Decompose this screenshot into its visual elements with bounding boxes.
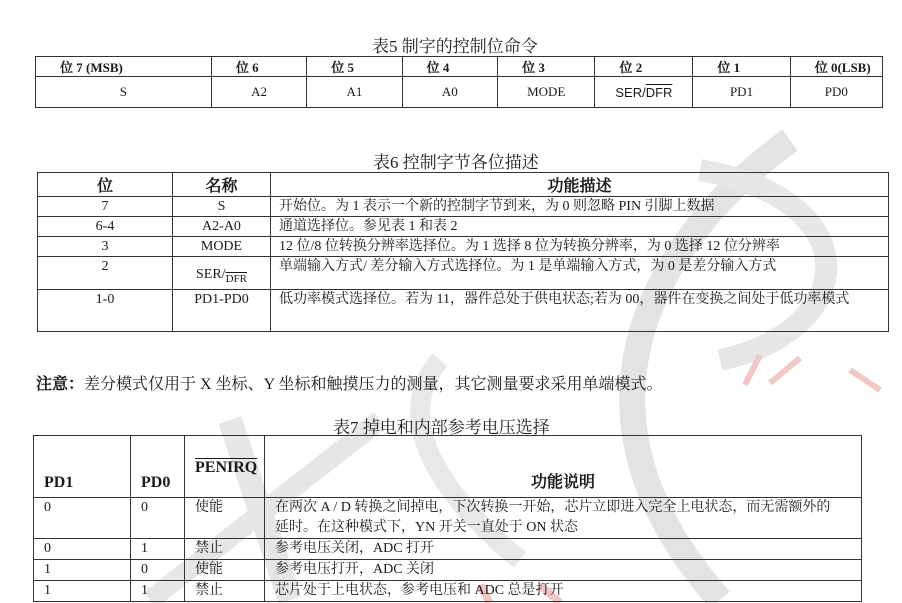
t5-value-bit5: A1 xyxy=(307,77,402,108)
t7-pd0: 0 xyxy=(131,498,185,539)
t5-value-bit6: A2 xyxy=(211,77,306,108)
table-row: 0 1 禁止 参考电压关闭，ADC 打开 xyxy=(34,539,862,560)
t6-header-bit: 位 xyxy=(38,173,173,197)
ser-label: SER/ xyxy=(615,85,645,100)
table-row: 7 S 开始位。为 1 表示一个新的控制字节到来，为 0 则忽略 PIN 引脚上… xyxy=(38,197,889,217)
t6-name: PD1-PD0 xyxy=(173,290,271,332)
t7-pd1: 1 xyxy=(34,560,131,581)
t5-value-bit7: S xyxy=(36,77,212,108)
t7-header-penirq: PENIRQ xyxy=(185,436,265,498)
t7-penirq: 使能 xyxy=(185,560,265,581)
note-text: 差分模式仅用于 X 坐标、Y 坐标和触摸压力的测量，其它测量要求采用单端模式。 xyxy=(84,376,663,393)
table-row: 6-4 A2-A0 通道选择位。参见表 1 和表 2 xyxy=(38,217,889,237)
t7-penirq: 使能 xyxy=(185,498,265,539)
t5-header-bit3: 位 3 xyxy=(498,57,595,77)
t6-bit: 1-0 xyxy=(38,290,173,332)
t7-pd1: 0 xyxy=(34,498,131,539)
t6-desc: 开始位。为 1 表示一个新的控制字节到来，为 0 则忽略 PIN 引脚上数据 xyxy=(271,197,889,217)
t6-name: SER/DFR xyxy=(173,257,271,290)
table6-caption: 表6 控制字节各位描述 xyxy=(373,148,539,173)
control-byte-description-table: 位 名称 功能描述 7 S 开始位。为 1 表示一个新的控制字节到来，为 0 则… xyxy=(37,172,889,332)
t7-header-function: 功能说明 xyxy=(265,436,862,498)
t5-header-bit7: 位 7 (MSB) xyxy=(36,57,212,77)
table-row: 1-0 PD1-PD0 低功率模式选择位。若为 11，器件总处于供电状态;若为 … xyxy=(38,290,889,332)
t6-header-name: 名称 xyxy=(173,173,271,197)
t6-name: MODE xyxy=(173,237,271,257)
t7-desc: 参考电压打开，ADC 关闭 xyxy=(265,560,862,581)
t7-header-pd1: PD1 xyxy=(34,436,131,498)
t5-header-bit1: 位 1 xyxy=(693,57,790,77)
t7-pd0: 0 xyxy=(131,560,185,581)
table-row: 0 0 使能 在两次 A / D 转换之间掉电，下次转换一开始，芯片立即进入完全… xyxy=(34,498,862,539)
t5-value-bit2: SER/DFR xyxy=(595,77,693,108)
t7-desc: 芯片处于上电状态，参考电压和 ADC 总是打开 xyxy=(265,581,862,602)
t7-pd0: 1 xyxy=(131,539,185,560)
table-row: 3 MODE 12 位/8 位转换分辨率选择位。为 1 选择 8 位为转换分辨率… xyxy=(38,237,889,257)
t5-header-bit4: 位 4 xyxy=(402,57,497,77)
dfr-overline-label: DFR xyxy=(646,85,673,100)
t5-header-bit5: 位 5 xyxy=(307,57,402,77)
t6-bit: 2 xyxy=(38,257,173,290)
table-row: 2 SER/DFR 单端输入方式/ 差分输入方式选择位。为 1 是单端输入方式，… xyxy=(38,257,889,290)
t7-pd1: 1 xyxy=(34,581,131,602)
table-row: 1 0 使能 参考电压打开，ADC 关闭 xyxy=(34,560,862,581)
power-down-reference-table: PD1 PD0 PENIRQ 功能说明 0 0 使能 在两次 A / D 转换之… xyxy=(33,435,862,602)
t6-desc: 单端输入方式/ 差分输入方式选择位。为 1 是单端输入方式，为 0 是差分输入方… xyxy=(271,257,889,290)
control-bit-command-table: 位 7 (MSB) 位 6 位 5 位 4 位 3 位 2 位 1 位 0(LS… xyxy=(35,56,883,108)
t6-bit: 3 xyxy=(38,237,173,257)
t6-name: S xyxy=(173,197,271,217)
penirq-overline-label: PENIRQ xyxy=(195,459,257,476)
t6-desc: 通道选择位。参见表 1 和表 2 xyxy=(271,217,889,237)
t6-desc: 低功率模式选择位。若为 11，器件总处于供电状态;若为 00，器件在变换之间处于… xyxy=(271,290,889,332)
t6-header-function: 功能描述 xyxy=(271,173,889,197)
t6-desc: 12 位/8 位转换分辨率选择位。为 1 选择 8 位为转换分辨率，为 0 选择… xyxy=(271,237,889,257)
t5-header-bit0: 位 0(LSB) xyxy=(790,57,882,77)
t5-header-bit6: 位 6 xyxy=(211,57,306,77)
t7-pd1: 0 xyxy=(34,539,131,560)
t5-value-bit3: MODE xyxy=(498,77,595,108)
table-row: 1 1 禁止 芯片处于上电状态，参考电压和 ADC 总是打开 xyxy=(34,581,862,602)
t5-value-bit1: PD1 xyxy=(693,77,790,108)
t6-name: A2-A0 xyxy=(173,217,271,237)
t7-header-pd0: PD0 xyxy=(131,436,185,498)
t5-value-bit0: PD0 xyxy=(790,77,882,108)
ser-label: SER/ xyxy=(196,267,226,282)
table5-caption: 表5 制字的控制位命令 xyxy=(372,32,538,57)
t6-bit: 6-4 xyxy=(38,217,173,237)
t7-pd0: 1 xyxy=(131,581,185,602)
t7-penirq: 禁止 xyxy=(185,581,265,602)
t7-desc: 在两次 A / D 转换之间掉电，下次转换一开始，芯片立即进入完全上电状态，而无… xyxy=(265,498,862,539)
note-label: 注意： xyxy=(36,376,84,393)
t5-header-bit2: 位 2 xyxy=(595,57,693,77)
note-paragraph: 注意：差分模式仅用于 X 坐标、Y 坐标和触摸压力的测量，其它测量要求采用单端模… xyxy=(36,371,663,394)
t7-desc: 参考电压关闭，ADC 打开 xyxy=(265,539,862,560)
t6-bit: 7 xyxy=(38,197,173,217)
dfr-overline-label: DFR xyxy=(226,273,247,285)
t5-value-bit4: A0 xyxy=(402,77,497,108)
t7-penirq: 禁止 xyxy=(185,539,265,560)
